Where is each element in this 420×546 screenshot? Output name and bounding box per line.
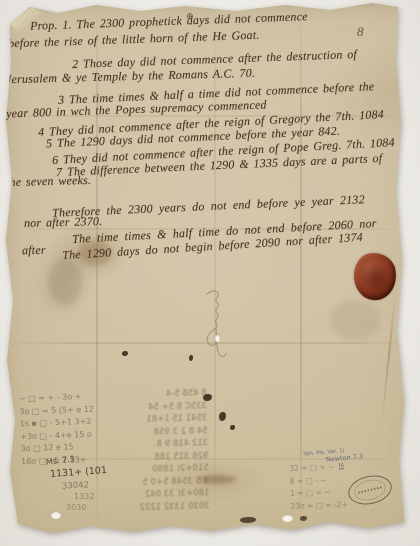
ink-blot [122,351,128,356]
pencil-calculation: 1332 [74,492,94,501]
ink-blot [189,355,193,361]
manuscript-line: nor after 2370. [24,214,103,231]
pen-flourish [193,288,229,360]
faint-calc-row: 3030 1332 1222 [139,500,210,514]
faint-calc-row: 180+3( 33 042 [139,487,210,501]
ink-blot [230,425,235,430]
manuscript-line: after [22,243,46,258]
pencil-calculation: 1131+ (101 [50,465,108,480]
shelfmark-folio: III [338,460,364,469]
edge-crease [381,290,397,419]
ink-blot [219,412,226,421]
pencil-calculation: 3030 [66,503,86,512]
archive-shelfmark: Yah. Ms. Var. 1/ Newton 7.3 III [303,446,364,472]
fold-crease-vertical [96,6,98,536]
ink-blot [300,516,307,521]
paper-hole [282,514,293,522]
wax-seal [352,251,399,302]
manuscript-line: Jerusalem & ye Temple by the Romans A.C.… [6,66,255,88]
faint-calc-row: 8 458 5-4 [136,387,207,401]
paper-stain [330,300,380,340]
library-stamp-icon [345,471,394,508]
paper-stain [48,258,82,306]
paper-hole [215,334,220,342]
insertion-mark-icon: ⊕ [186,11,194,22]
bleed-through-calculations: 8 458 5-4 335C 8 5+ 54 3541 15 1+81 54 8… [136,387,210,514]
photo-background: Prop. 1. The 2300 prophetick days did no… [0,0,420,546]
pencil-calculation: 33042 [62,480,90,491]
faint-calc-row: 23o = □ = -2+ [290,498,347,512]
faint-calc-row: 510+2( 1880 [138,462,209,476]
manuscript-line: the seven weeks. [6,173,92,190]
ink-blot [240,517,256,523]
page-number: 8 [357,24,364,40]
faint-calc-row: 3541 15 1+81 [137,412,208,426]
paper-hole [51,511,61,519]
manuscript-page: Prop. 1. The 2300 prophetick days did no… [0,0,420,546]
faint-calc-row: 312 418 9 8 [138,437,209,451]
paper-sheet: Prop. 1. The 2300 prophetick days did no… [0,0,420,546]
